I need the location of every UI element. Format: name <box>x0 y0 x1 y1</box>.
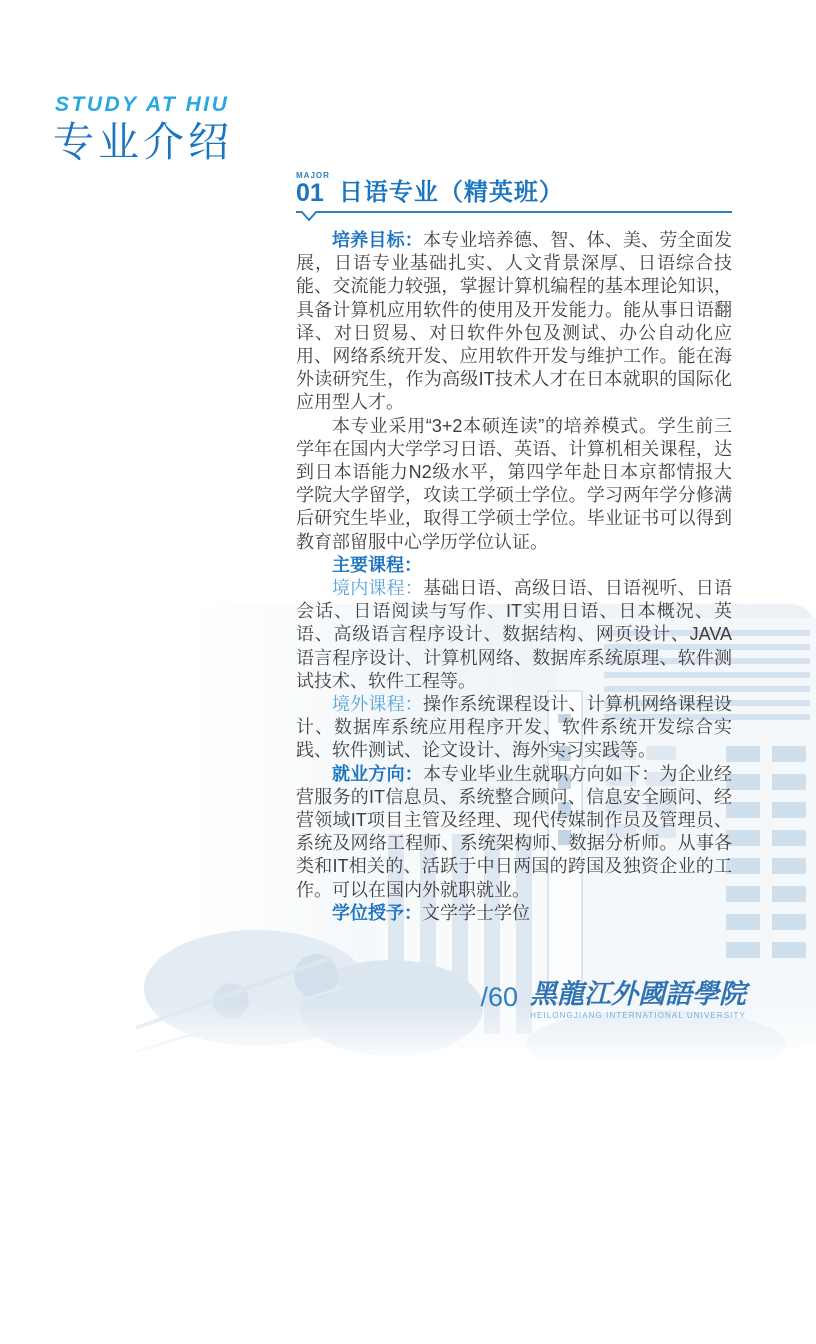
paragraph-program-model: 本专业采用“3+2本硕连读”的培养模式。学生前三学年在国内大学学习日语、英语、计… <box>296 415 732 554</box>
text-program-model: 本专业采用“3+2本硕连读”的培养模式。学生前三学年在国内大学学习日语、英语、计… <box>296 416 732 552</box>
major-number: 01 <box>296 181 330 206</box>
major-section: MAJOR 01 日语专业（精英班） 培养目标：本专业培养德、智、体、美、劳全面… <box>296 172 732 925</box>
major-header: MAJOR 01 日语专业（精英班） <box>296 172 732 213</box>
brochure-page: STUDY AT HIU 专业介绍 MAJOR 01 日语专业（精英班） 培养目… <box>0 0 816 1344</box>
major-number-badge: MAJOR 01 <box>296 172 330 206</box>
footer: /60 黑龍江外國語學院 HEILONGJIANG INTERNATIONAL … <box>480 980 746 1020</box>
major-description: 培养目标：本专业培养德、智、体、美、劳全面发展，日语专业基础扎实、人文背景深厚、… <box>296 229 732 925</box>
label-domestic-courses: 境内课程： <box>332 578 423 598</box>
paragraph-degree: 学位授予：文学学士学位 <box>296 902 732 925</box>
header-underline-notch-icon <box>299 211 323 223</box>
label-training-objectives: 培养目标： <box>332 230 423 250</box>
paragraph-main-courses-heading: 主要课程： <box>296 554 732 577</box>
label-overseas-courses: 境外课程： <box>332 694 423 714</box>
text-training-objectives: 本专业培养德、智、体、美、劳全面发展，日语专业基础扎实、人文背景深厚、日语综合技… <box>296 230 732 412</box>
university-name-zh: 黑龍江外國語學院 <box>530 980 746 1010</box>
page-title: 专业介绍 <box>53 118 233 167</box>
paragraph-domestic-courses: 境内课程：基础日语、高级日语、日语视听、日语会话、日语阅读与写作、IT实用日语、… <box>296 577 732 693</box>
university-logo: 黑龍江外國語學院 HEILONGJIANG INTERNATIONAL UNIV… <box>530 980 746 1020</box>
label-main-courses: 主要课程： <box>332 555 422 575</box>
paragraph-training-objectives: 培养目标：本专业培养德、智、体、美、劳全面发展，日语专业基础扎实、人文背景深厚、… <box>296 229 732 415</box>
eyebrow-study-at-hiu: STUDY AT HIU <box>55 93 229 117</box>
paragraph-employment: 就业方向：本专业毕业生就职方向如下：为企业经营服务的IT信息员、系统整合顾问、信… <box>296 763 732 902</box>
page-number: /60 <box>480 984 518 1020</box>
label-degree: 学位授予： <box>332 903 422 923</box>
university-name-en: HEILONGJIANG INTERNATIONAL UNIVERSITY <box>530 1011 746 1020</box>
text-employment: 本专业毕业生就职方向如下：为企业经营服务的IT信息员、系统整合顾问、信息安全顾问… <box>296 764 732 900</box>
label-employment: 就业方向： <box>332 764 423 784</box>
text-degree: 文学学士学位 <box>422 903 530 923</box>
major-title: 日语专业（精英班） <box>339 180 564 206</box>
paragraph-overseas-courses: 境外课程：操作系统课程设计、计算机网络课程设计、数据库系统应用程序开发、软件系统… <box>296 693 732 763</box>
